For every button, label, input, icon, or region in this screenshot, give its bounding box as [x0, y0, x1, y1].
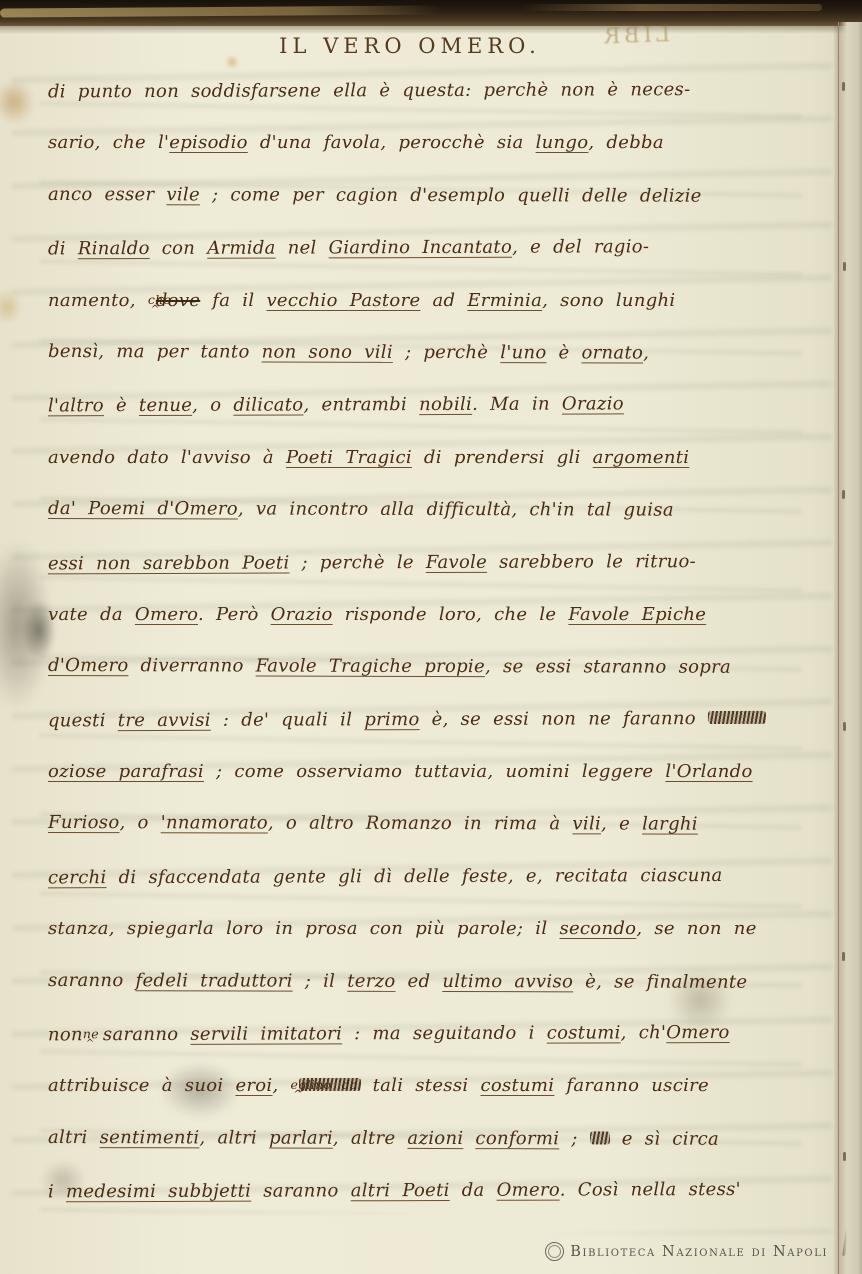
word-underlined: servili imitatori	[190, 1023, 342, 1045]
word-underlined: parlari	[269, 1127, 333, 1148]
word-underlined: l'Orlando	[665, 761, 752, 782]
manuscript-line: attribuisce à suoi eroi, eglino da^ tali…	[48, 1075, 828, 1127]
word: saranno	[48, 970, 136, 991]
manuscript-body: di punto non soddisfarsene ella è questa…	[48, 80, 828, 1233]
word-underlined: dilicato	[233, 395, 303, 416]
word-underlined: Omero	[135, 604, 198, 625]
book-edge	[0, 0, 862, 26]
word: di sfaccendata gente gli dì delle feste,…	[106, 865, 722, 888]
word-underlined: lungo	[536, 132, 589, 153]
manuscript-line: i medesimi subbjetti saranno altri Poeti…	[48, 1179, 828, 1234]
word: , ch'	[621, 1022, 667, 1043]
word-underlined: medesimi subbjetti	[66, 1181, 251, 1203]
word: di prendersi gli	[412, 447, 593, 468]
manuscript-line: anco esser vile ; come per cagion d'esem…	[48, 184, 828, 238]
word: di	[48, 238, 78, 259]
word-underlined: terzo	[347, 970, 395, 991]
manuscript-line: saranno fedeli traduttori ; il terzo ed …	[48, 970, 828, 1024]
manuscript-line: stanza, spiegarla loro in prosa con più …	[48, 918, 828, 970]
word-underlined: Furioso	[48, 812, 120, 833]
word-underlined: vile	[166, 184, 200, 205]
word: è	[546, 342, 581, 363]
word: stanza, spiegarla loro in prosa con più …	[48, 918, 559, 939]
manuscript-line: namento, che^dove fa il vecchio Pastore …	[48, 290, 828, 342]
word-underlined: episodio	[169, 132, 248, 153]
manuscript-line: vate da Omero. Però Orazio risponde loro…	[48, 604, 828, 656]
manuscript-scan-page: LIBR IL VERO OMERO. di punto non soddisf…	[0, 0, 862, 1274]
word-underlined: azioni	[407, 1128, 463, 1149]
word-underlined: costumi	[480, 1075, 554, 1096]
manuscript-line: d'Omero diverranno Favole Tragiche propi…	[48, 655, 828, 709]
word-underlined: Favole	[426, 551, 487, 572]
word: ad	[420, 290, 467, 311]
book-edge-streak	[0, 5, 440, 17]
word: ; perchè	[393, 342, 500, 363]
manuscript-line: di Rinaldo con Armida nel Giardino Incan…	[48, 236, 828, 291]
word-underlined: da' Poemi d'Omero	[48, 498, 238, 519]
word: ; come per cagion d'esemplo quelli delle…	[200, 184, 702, 206]
word: : ma seguitando i	[342, 1023, 547, 1045]
word-underlined: Omero	[497, 1180, 560, 1201]
word-underlined: Favole Epiche	[568, 604, 706, 625]
manuscript-line: questi tre avvisi : de' quali il primo è…	[48, 707, 828, 762]
word: è, se finalmente	[573, 971, 747, 992]
ink-smudge	[0, 540, 52, 710]
word-underlined: Favole Tragiche propie	[256, 656, 485, 678]
word: , se essi staranno sopra	[485, 656, 731, 678]
word: è, se essi non ne faranno	[420, 708, 708, 730]
word: , sono lunghi	[542, 290, 675, 311]
binding-stitch	[843, 1152, 846, 1161]
word-underlined: costumi	[547, 1022, 621, 1043]
word-underlined: Orazio	[271, 604, 333, 625]
binding-stitch	[842, 952, 845, 961]
word: risponde loro, che le	[333, 604, 569, 625]
library-stamp: Biblioteca Nazionale di Napoli	[545, 1242, 828, 1261]
binding-stitch	[842, 490, 845, 499]
binding-stitch	[843, 262, 846, 271]
word-underlined: argomenti	[593, 447, 690, 468]
word: ; perchè le	[289, 552, 425, 573]
foxing-spot	[0, 290, 22, 324]
word-underlined: d'Omero	[48, 655, 129, 676]
stamp-text: Biblioteca Nazionale di Napoli	[570, 1244, 828, 1260]
word: , e del ragio-	[512, 236, 649, 257]
book-edge-streak	[522, 4, 822, 11]
word: bensì, ma per tanto	[48, 341, 262, 363]
word-underlined: l'uno	[500, 342, 546, 363]
word: saranno	[251, 1181, 351, 1202]
word-underlined: l'altro	[48, 396, 104, 417]
word-underlined: Rinaldo	[78, 238, 150, 259]
manuscript-line: Furioso, o 'nnamorato, o altro Romanzo i…	[48, 812, 828, 866]
manuscript-line: altri sentimenti, altri parlari, altre a…	[48, 1127, 828, 1181]
word-underlined: ultimo avviso	[442, 971, 573, 992]
word: , altri	[199, 1127, 269, 1148]
scribbled-out-word	[299, 1078, 361, 1091]
word-underlined: Erminia	[467, 290, 542, 311]
word-underlined: Armida	[207, 238, 276, 259]
word: faranno uscire	[554, 1075, 709, 1096]
word	[463, 1128, 475, 1149]
page-gutter	[838, 22, 862, 1274]
word: anco esser	[48, 184, 166, 205]
word: . Però	[198, 604, 271, 625]
word: ; il	[293, 970, 348, 991]
scribbled-out-word	[590, 1131, 610, 1144]
word-underlined: cerchi	[48, 867, 107, 888]
word-underlined: ornato	[581, 342, 643, 363]
word: . Così nella stess'	[560, 1179, 741, 1201]
word: ,	[643, 342, 649, 363]
word: fa il	[200, 290, 266, 311]
scribbled-out-word	[708, 711, 766, 724]
word: , o	[119, 813, 160, 834]
word: ,	[273, 1075, 291, 1096]
word: con	[150, 238, 208, 259]
word: ;	[559, 1128, 589, 1149]
word-underlined: altri Poeti	[351, 1180, 450, 1201]
word: d'una favola, perocchè sia	[248, 132, 536, 153]
word: nel	[276, 238, 329, 259]
word: saranno	[91, 1024, 191, 1045]
word-underlined: Orazio	[562, 394, 624, 415]
word-underlined: vecchio Pastore	[266, 290, 420, 311]
word: di punto non soddisfarsene ella è questa…	[48, 79, 691, 102]
word: diverranno	[129, 655, 256, 676]
manuscript-line: da' Poemi d'Omero, va incontro alla diff…	[48, 498, 828, 552]
word: , va incontro alla difficultà, ch'in tal…	[238, 499, 674, 521]
word-underlined: primo	[364, 709, 419, 730]
manuscript-line: bensì, ma per tanto non sono vili ; perc…	[48, 341, 828, 395]
manuscript-line: sario, che l'episodio d'una favola, pero…	[48, 132, 828, 184]
word: sario, che l'	[48, 132, 169, 153]
word: non	[48, 1024, 83, 1045]
page-top-shadow	[0, 26, 862, 34]
word-underlined: Omero	[666, 1022, 729, 1043]
word: attribuisce à suoi	[48, 1075, 235, 1096]
manuscript-line: l'altro è tenue, o dilicato, entrambi no…	[48, 393, 828, 448]
word: : de' quali il	[211, 709, 365, 731]
word-underlined: tre avvisi	[118, 709, 211, 730]
binding-stitch	[843, 722, 846, 731]
word: ed	[396, 971, 443, 992]
word: è	[104, 395, 139, 416]
manuscript-line: nonne^ saranno servili imitatori : ma se…	[48, 1022, 828, 1077]
stamp-logo-icon	[545, 1242, 564, 1261]
word-underlined: Giardino Incantato	[329, 237, 513, 259]
word-underlined: larghi	[642, 814, 698, 835]
word: e sì circa	[610, 1128, 719, 1149]
word-underlined: sentimenti	[100, 1127, 200, 1148]
word-underlined: non sono vili	[262, 341, 393, 362]
word: , altre	[333, 1128, 408, 1149]
word-underlined: fedeli traduttori	[135, 970, 292, 991]
word: i	[48, 1182, 66, 1203]
manuscript-line: oziose parafrasi ; come osserviamo tutta…	[48, 761, 828, 813]
word: , entrambi	[303, 394, 419, 415]
word: questi	[48, 710, 118, 731]
word: altri	[48, 1127, 100, 1148]
word: avendo dato l'avviso à	[48, 447, 286, 468]
word: da	[450, 1180, 497, 1201]
word-underlined: 'nnamorato	[161, 813, 268, 834]
word-underlined: oziose parafrasi	[48, 761, 204, 782]
word: , debba	[588, 132, 664, 153]
word: ; come osserviamo tuttavia, uomini legge…	[204, 761, 665, 782]
foxing-spot	[0, 80, 34, 124]
word-underlined: essi non sarebbon Poeti	[48, 552, 290, 574]
word-underlined: tenue	[139, 395, 192, 416]
manuscript-line: essi non sarebbon Poeti ; perchè le Favo…	[48, 550, 828, 605]
word: , o	[192, 395, 233, 416]
page-title: IL VERO OMERO.	[0, 34, 820, 58]
word-underlined: eroi	[235, 1075, 272, 1096]
word: , e	[601, 814, 642, 835]
manuscript-line: avendo dato l'avviso à Poeti Tragici di …	[48, 447, 828, 499]
word-underlined: Poeti Tragici	[286, 447, 412, 468]
word-underlined: conformi	[475, 1128, 559, 1149]
word: . Ma in	[472, 394, 562, 415]
word: vate da	[48, 604, 135, 625]
word-underlined: secondo	[559, 918, 636, 939]
binding-stitch	[842, 82, 845, 91]
word: tali stessi	[361, 1075, 481, 1096]
word: namento,	[48, 290, 148, 311]
word-underlined: nobili	[419, 394, 472, 415]
word: , o altro Romanzo in rima à	[268, 813, 573, 835]
manuscript-line: cerchi di sfaccendata gente gli dì delle…	[48, 864, 828, 919]
word: sarebbero le ritruo-	[487, 551, 696, 573]
manuscript-line: di punto non soddisfarsene ella è questa…	[48, 79, 828, 134]
word-underlined: vili	[572, 814, 601, 835]
word: , se non ne	[636, 918, 756, 939]
